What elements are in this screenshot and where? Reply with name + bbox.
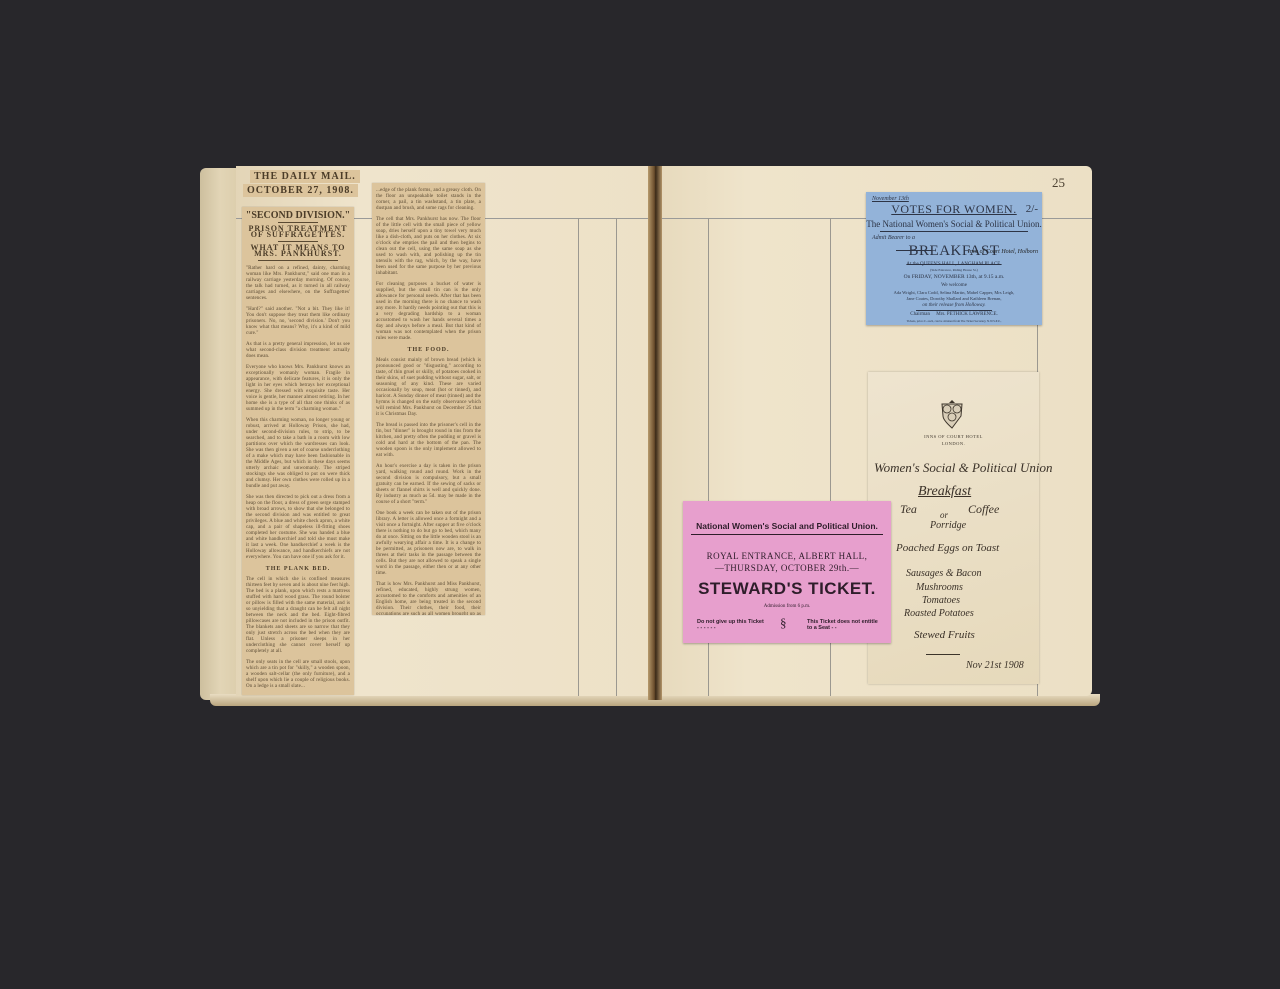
clipping-column-1: "SECOND DIVISION." PRISON TREATMENT OF S… [242,207,354,695]
chairman-name: Mrs. PETHICK LAWRENCE. [936,312,998,317]
article-paragraph: ...edge of the plank forms, and a greasy… [372,188,485,212]
article-paragraph: The only seats in the cell are small sto… [242,660,354,690]
ticket-date: —THURSDAY, OCTOBER 29th.— [683,563,891,573]
menu-item: Tomatoes [922,595,960,606]
menu-tea: Tea [900,502,917,517]
article-paragraph: Meals consist mainly of brown bread (whi… [372,358,485,418]
votes-for-women: VOTES FOR WOMEN. [891,202,1016,216]
breakfast-menu-card: INNS OF COURT HOTEL LONDON. Women's Soci… [868,372,1039,684]
venue-sub: (Side Entrance, Riding House St.) [866,268,1042,272]
menu-item: Sausages & Bacon [906,568,982,579]
chairman-label: Chairman [910,312,930,317]
divider [278,222,318,223]
newspaper-masthead: THE DAILY MAIL. [250,170,360,183]
ticket-footer: Tickets, price 2/- each, can be obtained… [866,319,1042,323]
chairman-line: Chairman Mrs. PETHICK LAWRENCE. [866,312,1042,317]
article-paragraph: The cell that Mrs. Pankhurst has now. Th… [372,217,485,277]
menu-item: Stewed Fruits [914,629,975,641]
divider [926,654,960,655]
article-paragraph: That is how Mrs. Pankhurst and Miss Pank… [372,582,485,615]
ledger-column-rule [578,218,579,696]
ticket-title: VOTES FOR WOMEN. [866,202,1042,217]
menu-title: Women's Social & Political Union [874,460,1053,476]
menu-item: Mushrooms [916,582,963,593]
article-paragraph: The cell in which she is confined measur… [242,577,354,655]
article-paragraph: When this charming woman, no longer youn… [242,418,354,490]
menu-item: Roasted Potatoes [904,608,974,619]
menu-coffee: Coffee [968,502,999,517]
handwritten-venue-correction: Inns of Court Hotel, Holborn [968,249,1038,255]
article-paragraph: One book a week can be taken out of the … [372,511,485,577]
admission-time: Admission from 6 p.m. [683,604,891,609]
ticket-note-right: This Ticket does not entitle to a Seat -… [807,619,879,631]
organisation-name: The National Women's Social & Political … [866,219,1042,229]
welcome-names: Jane Coates, Dorothy Shallard and Kathle… [866,296,1042,301]
article-paragraph: For cleaning purposes a bucket of water … [372,282,485,342]
knot-ornament-icon: § [780,615,787,631]
event-time: On FRIDAY, NOVEMBER 13th, at 9.15 a.m. [866,274,1042,280]
subhead-prison: PRISON TREATMENT OF SUFFRAGETTES. [242,226,354,238]
article-paragraph: "Rather hard on a refined, dainty, charm… [242,266,354,302]
ticket-price: 2/- [1026,203,1038,215]
hotel-city: LONDON. [868,441,1039,446]
section-heading: THE FOOD. [372,347,485,353]
divider [916,310,992,311]
subhead-pankhurst: WHAT IT MEANS TO MRS. PANKHURST. [242,245,354,257]
article-paragraph: The bread is passed into the prisoner's … [372,423,485,459]
ticket-venue: ROYAL ENTRANCE, ALBERT HALL, [683,551,891,561]
menu-meal: Breakfast [918,484,971,500]
clipping-column-2: ...edge of the plank forms, and a greasy… [372,183,485,615]
book-spine [648,166,662,700]
welcome-names: Ada Wright, Clara Codd, Selina Martin, M… [866,290,1042,295]
organisation-name: National Women's Social and Political Un… [683,521,891,531]
menu-item: Poached Eggs on Toast [896,542,999,554]
admit-line: Admit Bearer to a [872,235,915,241]
menu-item: Porridge [930,520,966,531]
article-paragraph: "Hard?" said another. "Not a bit. They l… [242,307,354,337]
newspaper-date: OCTOBER 27, 1908. [243,184,358,197]
article-paragraph: She was then directed to pick out a dres… [242,495,354,561]
hotel-name: INNS OF COURT HOTEL [868,434,1039,439]
welcome-label: We welcome [866,283,1042,288]
menu-or: or [940,510,948,520]
headline: "SECOND DIVISION." [242,213,354,219]
welcome-note: on their release from Holloway. [866,303,1042,308]
hotel-crest-icon [939,400,965,430]
stewards-ticket-card: National Women's Social and Political Un… [683,501,891,643]
menu-date: Nov 21st 1908 [966,660,1024,671]
divider [278,241,318,242]
ledger-column-rule [616,218,617,696]
breakfast-ticket-card: November 13th VOTES FOR WOMEN. 2/- The N… [866,192,1042,325]
article-paragraph: Everyone who knows Mrs. Pankhurst knows … [242,365,354,413]
page-number: 25 [1052,175,1065,191]
ticket-title: STEWARD'S TICKET. [683,579,891,599]
divider [691,534,883,535]
article-paragraph: As that is a pretty general impression, … [242,342,354,360]
divider [258,260,338,261]
section-heading: THE PLANK BED. [242,566,354,572]
venue-struck: At the QUEEN'S HALL, LANGHAM PLACE. [866,262,1042,267]
article-paragraph: An hour's exercise a day is taken in the… [372,464,485,506]
divider [880,231,1028,232]
ticket-note-left: Do not give up this Ticket - - - - - - [697,619,767,631]
